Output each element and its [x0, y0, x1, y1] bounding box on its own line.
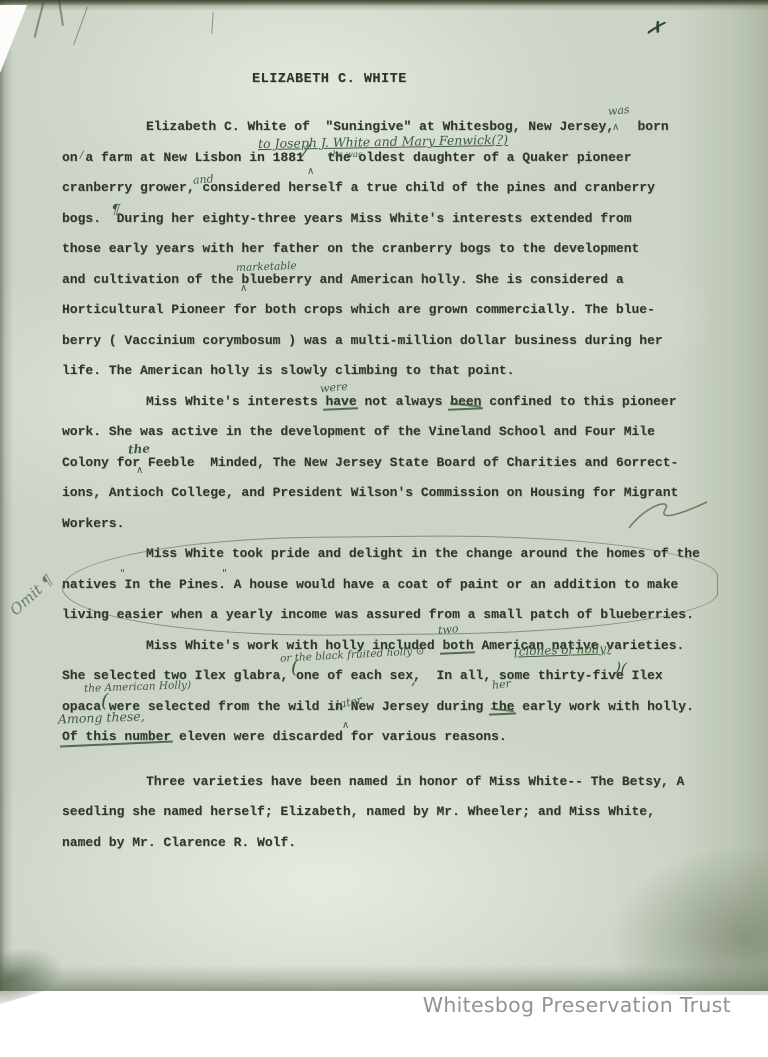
typed-line: life. The American holly is slowly climb…	[62, 356, 734, 387]
struck-phrase: Of this number	[62, 729, 171, 744]
handwritten-note-were: were	[320, 381, 349, 394]
typed-segment: eleven were discarded for various reason…	[171, 729, 506, 744]
struck-word: been	[450, 394, 481, 409]
pen-paren-mark: (	[291, 658, 298, 677]
screenshot-stage: ELIZABETH C. WHITE Elizabeth C. White of…	[0, 0, 768, 1057]
pen-circle-mark	[61, 533, 718, 639]
pen-caret: ∧	[342, 721, 349, 731]
struck-word: both	[442, 638, 473, 653]
pen-caret: ∧	[240, 284, 247, 294]
typed-line: Colony for Feeble Minded, The New Jersey…	[62, 448, 734, 479]
struck-word: have	[325, 394, 356, 409]
typed-line: and cultivation of the blueberry and Ame…	[62, 265, 734, 296]
scratch-mark	[73, 7, 88, 45]
page-corner-fold	[0, 5, 27, 73]
handwritten-note-marketable: marketable	[236, 261, 297, 274]
pen-caret: ∧	[136, 466, 143, 476]
typed-line: Miss White's interests have not always b…	[62, 387, 734, 418]
pen-tick-mark: ∕	[80, 151, 83, 161]
typed-line: bogs. During her eighty-three years Miss…	[62, 204, 734, 235]
typed-line: seedling she named herself; Elizabeth, n…	[62, 797, 734, 828]
handwritten-note-her: her	[491, 678, 511, 691]
watermark-text: Whitesbog Preservation Trust	[423, 993, 731, 1017]
handwritten-note-she-was: she was	[328, 151, 362, 160]
typed-line: Horticultural Pioneer for both crops whi…	[62, 295, 734, 326]
document-title: ELIZABETH C. WHITE	[252, 72, 407, 87]
scratch-mark	[58, 0, 64, 26]
scratch-mark	[34, 2, 45, 37]
shadow-blotch	[0, 936, 67, 1005]
typed-segment: confined to this pioneer	[482, 394, 677, 409]
pen-flourish-mark	[625, 496, 713, 534]
shadow-blotch	[608, 845, 768, 995]
typed-segment: not always	[357, 394, 451, 409]
typed-line: those early years with her father on the…	[62, 234, 734, 265]
typed-line: opaca were selected from the wild in New…	[62, 692, 734, 723]
pen-paren-marks: )(	[614, 660, 627, 676]
scratch-mark	[211, 12, 214, 34]
typed-line: Of this number eleven were discarded for…	[62, 722, 734, 753]
scanned-document-page: ELIZABETH C. WHITE Elizabeth C. White of…	[0, 0, 768, 991]
struck-word: the	[491, 699, 514, 714]
handwritten-note-was: was	[607, 104, 630, 117]
typed-line: cranberry grower, considered herself a t…	[62, 173, 734, 204]
handwritten-omit-note: Omit ¶	[8, 573, 56, 619]
handwritten-note-clones: (clones of holly)	[514, 642, 611, 657]
pen-pilcrow-mark: ¶	[110, 203, 120, 218]
pen-quote-mark: "	[120, 568, 125, 579]
handwritten-note-the: the	[128, 442, 151, 455]
pen-check-mark: ✗	[644, 16, 666, 41]
typed-line: named by Mr. Clarence R. Wolf.	[62, 828, 734, 859]
pen-caret: ∧	[612, 123, 619, 133]
typed-line: Three varieties have been named in honor…	[62, 767, 734, 798]
pen-comma-mark: ,	[411, 672, 416, 687]
handwritten-note-two: two	[438, 623, 459, 636]
handwritten-note-among-these: Among these,	[58, 710, 145, 726]
handwritten-note-and: and	[193, 173, 214, 185]
pen-paren-mark: (	[101, 692, 108, 711]
typed-segment: early work with holly.	[514, 699, 693, 714]
typed-line: work. She was active in the development …	[62, 417, 734, 448]
typed-text-body: Elizabeth C. White of "Suningive" at Whi…	[62, 112, 734, 858]
typed-line: berry ( Vaccinium corymbosum ) was a mul…	[62, 326, 734, 357]
pen-quote-mark: "	[222, 568, 227, 579]
typed-segment: Miss White's interests	[146, 394, 325, 409]
pen-caret: ∧	[307, 167, 314, 177]
